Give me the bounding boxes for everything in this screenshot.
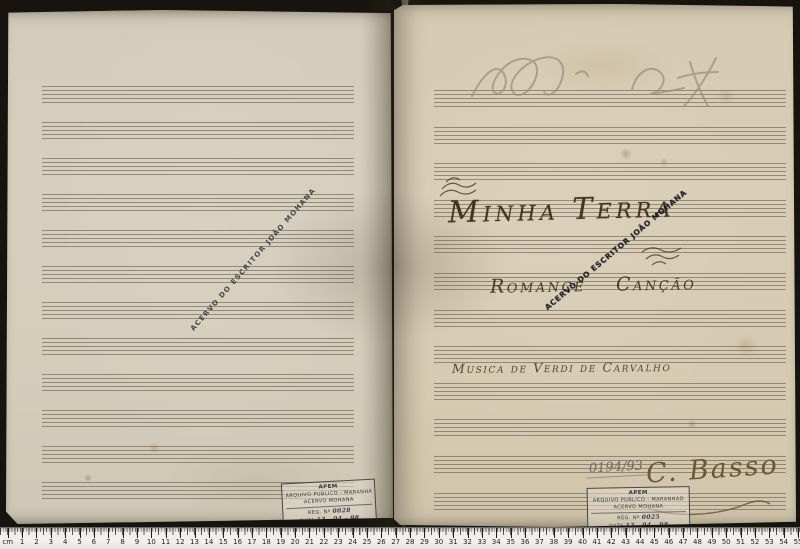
ruler-cm-tick <box>496 528 497 538</box>
ruler-cm-label: 53 <box>765 538 774 546</box>
staff <box>42 158 354 175</box>
ruler-cm-tick <box>223 528 224 538</box>
ruler-cm-label: 19 <box>276 538 285 546</box>
staff <box>434 310 786 327</box>
ruler-cm-tick <box>396 528 397 538</box>
subtitle: Romance Canção <box>490 272 697 298</box>
date-label: DATA <box>300 518 315 524</box>
ruler-cm-label: 6 <box>92 538 96 546</box>
ruler-cm-label: 55 <box>794 538 800 546</box>
ruler-cm-label: 46 <box>664 538 673 546</box>
ruler-cm-tick <box>741 528 742 538</box>
staff <box>42 410 354 427</box>
ruler-cm-tick <box>626 528 627 538</box>
ruler-cm-tick <box>697 528 698 538</box>
ruler-cm-tick <box>554 528 555 538</box>
ruler-cm-tick <box>769 528 770 538</box>
ruler-cm-label: 13 <box>190 538 199 546</box>
ruler-cm-label: 25 <box>362 538 371 546</box>
ruler-half-cm-ticks <box>0 528 800 535</box>
ruler-cm-tick <box>410 528 411 538</box>
ruler-cm-tick <box>583 528 584 538</box>
composer-credit: Musica de Verdi de Carvalho <box>452 359 672 376</box>
date-value: 13 . 04 - 98 <box>316 514 359 523</box>
pencil-inscription <box>464 44 724 114</box>
ruler-cm-label: 47 <box>679 538 688 546</box>
ruler-cm-tick <box>367 528 368 538</box>
ruler-cm-label: 34 <box>492 538 501 546</box>
ruler-cm-tick <box>51 528 52 538</box>
ruler-cm-tick <box>640 528 641 538</box>
ruler-cm-tick <box>669 528 670 538</box>
ruler-cm-label: 39 <box>564 538 573 546</box>
ruler-cm-label: 21 <box>305 538 314 546</box>
reg-value: 0028 <box>332 507 351 515</box>
ruler-cm-tick <box>22 528 23 538</box>
left-page: ACERVO DO ESCRITOR JOÃO MOHANA APEM ARQU… <box>6 10 393 524</box>
ruler-cm-label: 9 <box>135 538 139 546</box>
ruler-cm-tick <box>525 528 526 538</box>
ruler-cm-label: 49 <box>707 538 716 546</box>
ruler-cm-label: 10 <box>147 538 156 546</box>
ruler-cm-label: 11 <box>161 538 170 546</box>
staff <box>42 86 354 103</box>
ruler-cm-label: 50 <box>722 538 731 546</box>
ruler-cm-label: 5 <box>77 538 81 546</box>
ruler-cm-label: 2 <box>34 538 38 546</box>
ruler-cm-label: 7 <box>106 538 110 546</box>
staff <box>42 338 354 355</box>
ruler-cm-tick <box>123 528 124 538</box>
ruler-cm-tick <box>195 528 196 538</box>
ruler-cm-tick <box>755 528 756 538</box>
ruler-cm-label: 23 <box>334 538 343 546</box>
ruler-cm-tick <box>65 528 66 538</box>
ruler-cm-label: 27 <box>391 538 400 546</box>
ruler-cm-tick <box>209 528 210 538</box>
archive-label-left: APEM ARQUIVO PÚBLICO - MARANHÃO ACERVO M… <box>281 479 377 524</box>
staff <box>42 122 354 139</box>
staff-lines-left <box>42 86 354 518</box>
ruler-cm-tick <box>424 528 425 538</box>
manuscript-scan: ACERVO DO ESCRITOR JOÃO MOHANA APEM ARQU… <box>0 0 800 549</box>
ruler-cm-label: 40 <box>578 538 587 546</box>
ruler-cm-tick <box>597 528 598 538</box>
ruler-cm-tick <box>238 528 239 538</box>
ruler-cm-tick <box>108 528 109 538</box>
ruler-cm-label: 16 <box>233 538 242 546</box>
staff <box>42 266 354 283</box>
measuring-ruler: cm12345678910111213141516171819202122232… <box>0 527 800 549</box>
ruler-cm-label: 4 <box>63 538 67 546</box>
ruler-cm-label: 54 <box>779 538 788 546</box>
ruler-cm-tick <box>712 528 713 538</box>
ruler-cm-tick <box>324 528 325 538</box>
staff <box>42 374 354 391</box>
ruler-cm-label: 48 <box>693 538 702 546</box>
ruler-cm-tick <box>683 528 684 538</box>
ruler-cm-tick <box>166 528 167 538</box>
ruler-cm-label: 44 <box>636 538 645 546</box>
staff <box>434 419 786 436</box>
catalog-number: 0194/93 <box>586 458 647 478</box>
ruler-cm-label: cm <box>2 538 13 546</box>
staff <box>42 230 354 247</box>
ruler-cm-tick <box>252 528 253 538</box>
ruler-cm-label: 22 <box>319 538 328 546</box>
ruler-cm-tick <box>36 528 37 538</box>
ruler-cm-label: 1 <box>20 538 24 546</box>
ruler-cm-label: 18 <box>262 538 271 546</box>
ruler-cm-tick <box>295 528 296 538</box>
ruler-cm-label: 41 <box>592 538 601 546</box>
ruler-cm-tick <box>784 528 785 538</box>
ruler-cm-label: 36 <box>521 538 530 546</box>
ruler-cm-label: 8 <box>120 538 124 546</box>
ruler-cm-label: 15 <box>219 538 228 546</box>
title-flourish-right <box>640 244 686 268</box>
right-page: Minha Terra Romance Canção ACERVO DO ESC… <box>394 4 796 527</box>
ruler-cm-tick <box>381 528 382 538</box>
ruler-cm-label: 38 <box>549 538 558 546</box>
ruler-cm-tick <box>468 528 469 538</box>
ruler-cm-label: 35 <box>506 538 515 546</box>
ruler-cm-label: 31 <box>449 538 458 546</box>
ruler-cm-tick <box>353 528 354 538</box>
ruler-cm-tick <box>798 528 799 538</box>
ruler-cm-label: 20 <box>291 538 300 546</box>
ruler-cm-label: 52 <box>750 538 759 546</box>
ruler-cm-tick <box>309 528 310 538</box>
ruler-cm-label: 26 <box>377 538 386 546</box>
ruler-cm-tick <box>151 528 152 538</box>
ruler-cm-tick <box>539 528 540 538</box>
ruler-cm-label: 28 <box>406 538 415 546</box>
ruler-cm-label: 51 <box>736 538 745 546</box>
ruler-cm-tick <box>568 528 569 538</box>
ruler-cm-label: 32 <box>463 538 472 546</box>
archive-label-right: APEM ARQUIVO PÚBLICO - MARANHÃO ACERVO M… <box>587 486 691 527</box>
staff <box>434 127 786 144</box>
ruler-cm-label: 43 <box>621 538 630 546</box>
ruler-cm-label: 37 <box>535 538 544 546</box>
reg-value: 0025 <box>642 514 660 521</box>
ruler-cm-tick <box>80 528 81 538</box>
ruler-cm-tick <box>511 528 512 538</box>
ruler-cm-tick <box>180 528 181 538</box>
staff <box>42 446 354 463</box>
subtitle-cancao: Canção <box>616 272 697 295</box>
ruler-cm-tick <box>453 528 454 538</box>
ruler-cm-tick <box>94 528 95 538</box>
ruler-cm-tick <box>338 528 339 538</box>
ruler-cm-tick <box>726 528 727 538</box>
ruler-cm-label: 24 <box>348 538 357 546</box>
reg-label: REG. Nº <box>617 515 640 521</box>
ruler-cm-label: 42 <box>607 538 616 546</box>
ruler-cm-tick <box>8 528 9 538</box>
ruler-cm-label: 29 <box>420 538 429 546</box>
ruler-cm-tick <box>266 528 267 538</box>
ruler-cm-tick <box>611 528 612 538</box>
ruler-cm-tick <box>654 528 655 538</box>
ruler-cm-tick <box>439 528 440 538</box>
ruler-cm-tick <box>482 528 483 538</box>
reg-label: REG. Nº <box>308 509 331 516</box>
ruler-cm-label: 12 <box>176 538 185 546</box>
ruler-cm-label: 45 <box>650 538 659 546</box>
ruler-cm-label: 30 <box>434 538 443 546</box>
staff <box>434 163 786 180</box>
ruler-cm-label: 14 <box>204 538 213 546</box>
ruler-cm-label: 33 <box>477 538 486 546</box>
ruler-cm-label: 3 <box>49 538 53 546</box>
staff <box>434 383 786 400</box>
ruler-cm-tick <box>137 528 138 538</box>
ruler-cm-tick <box>281 528 282 538</box>
ruler-cm-label: 17 <box>248 538 257 546</box>
